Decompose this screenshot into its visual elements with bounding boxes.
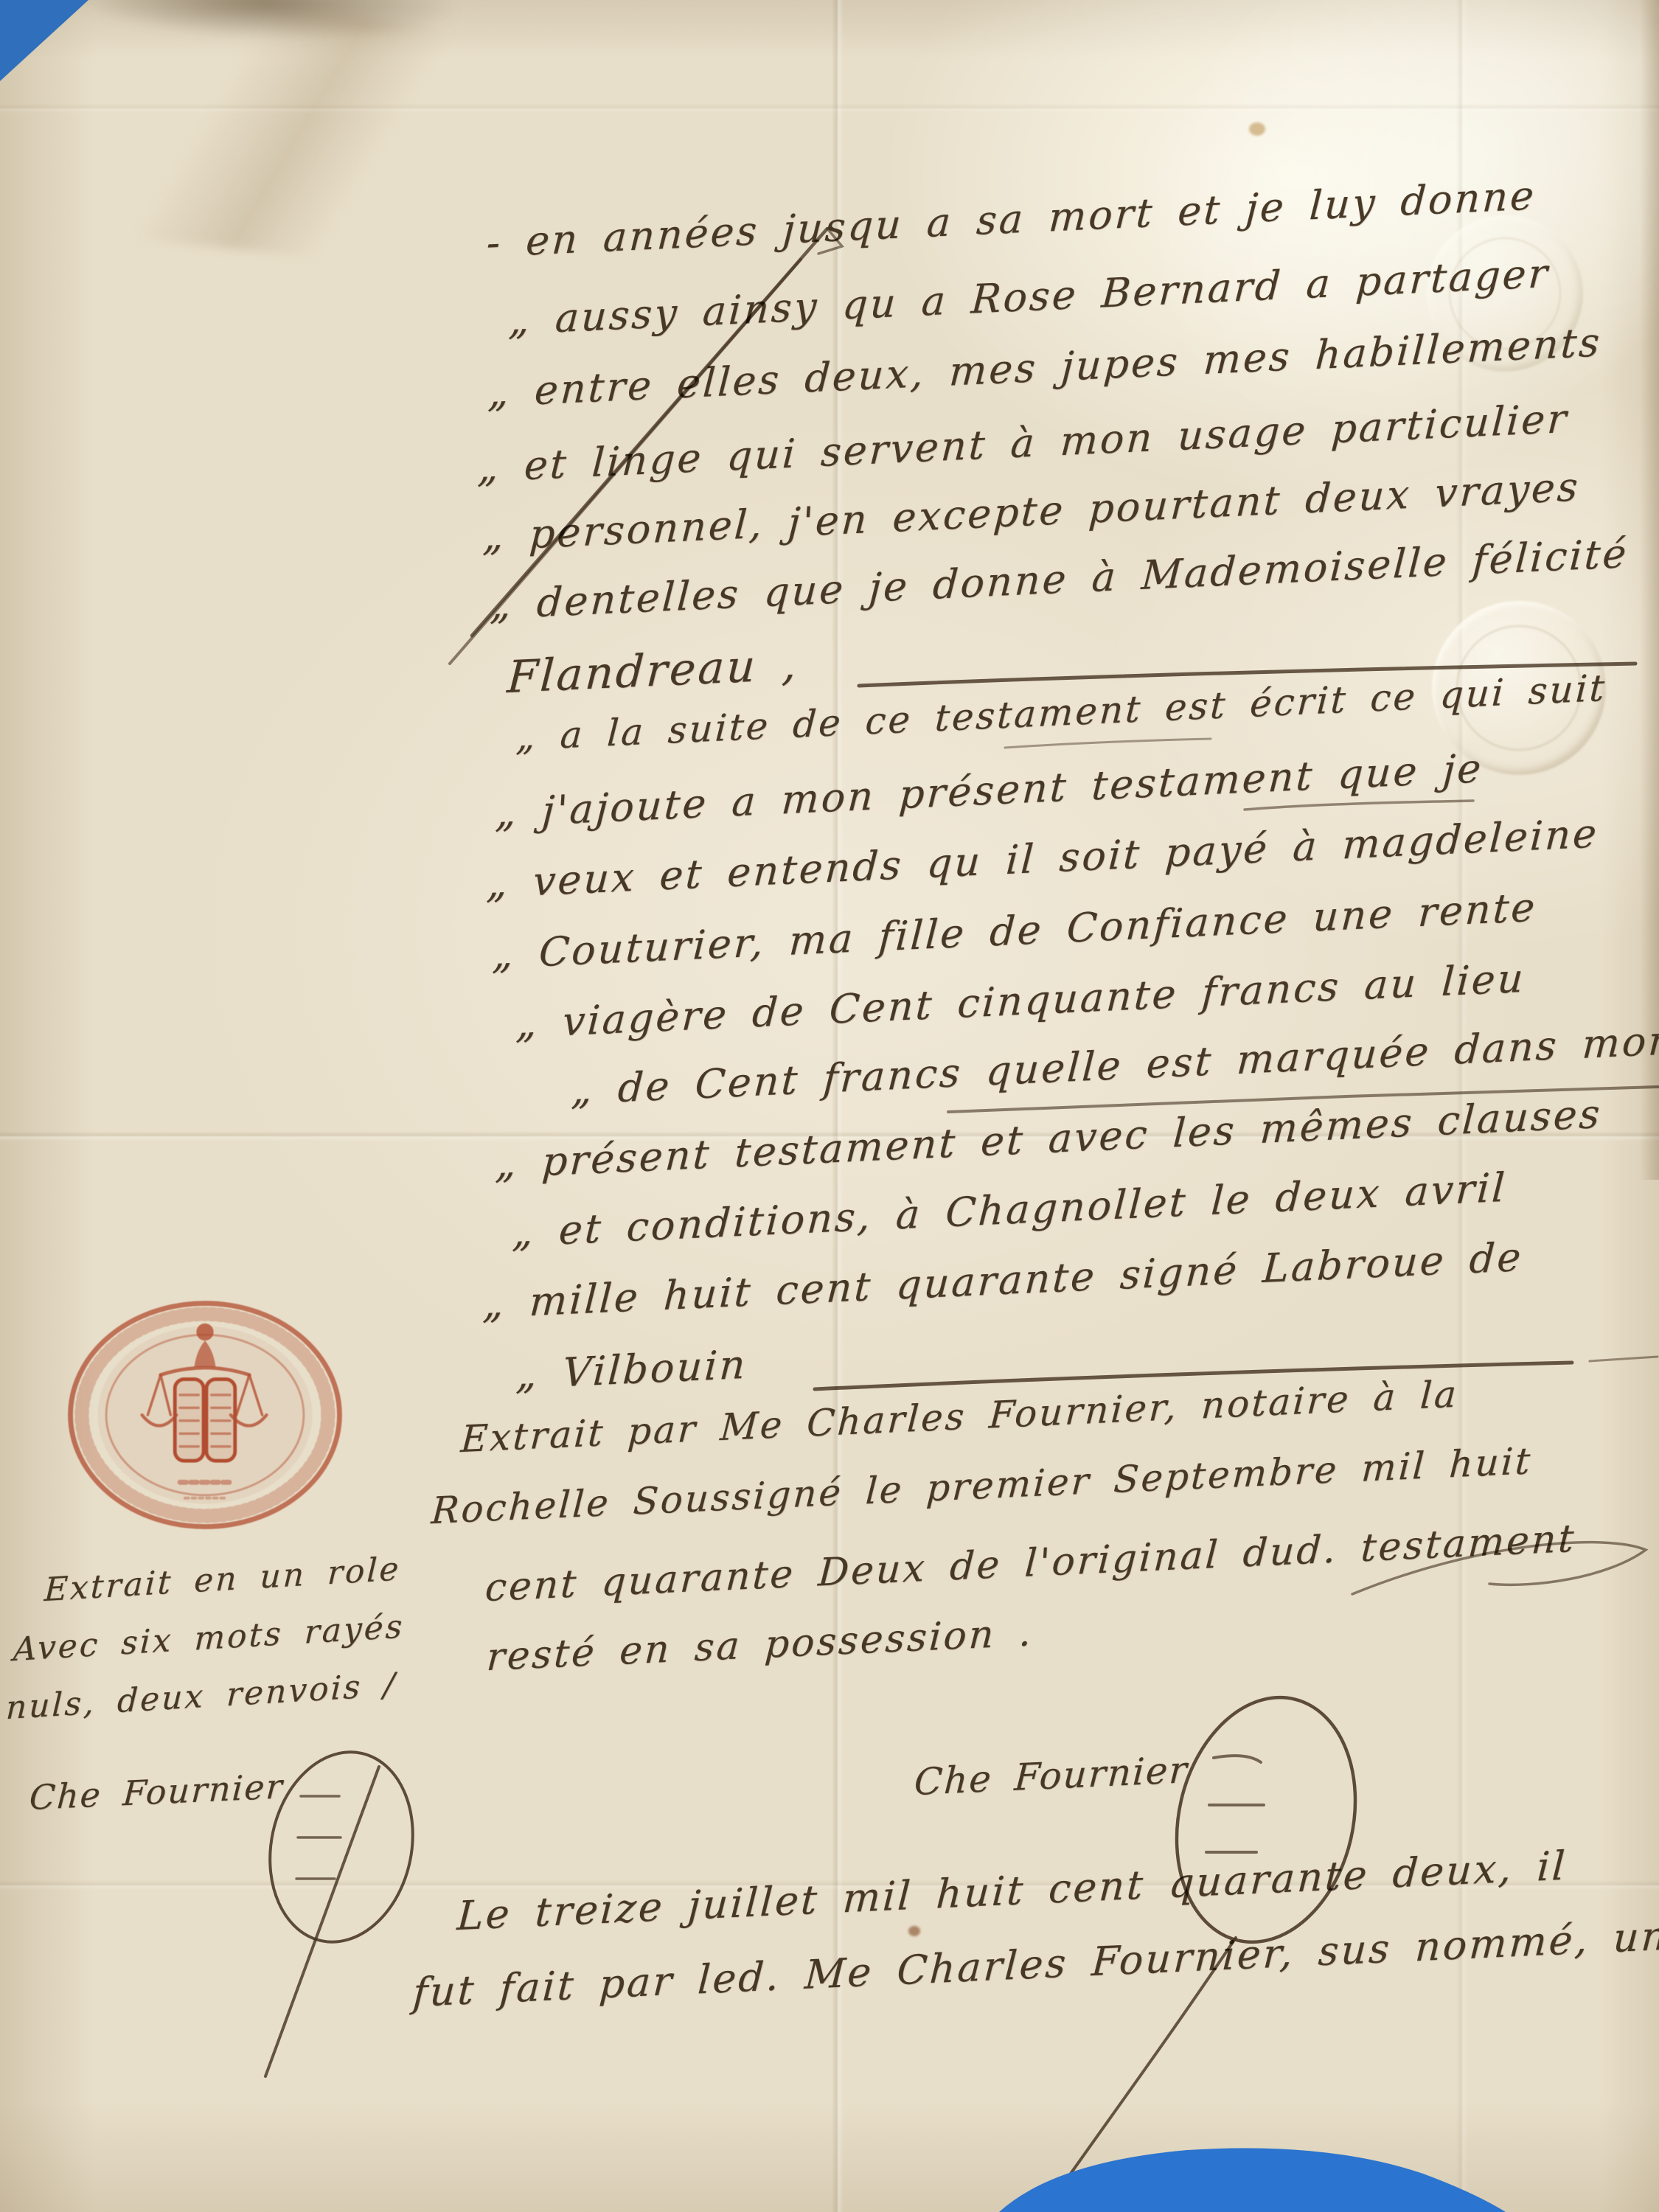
photo-backdrop: - en années jusqu a sa mort et je luy do… bbox=[0, 0, 1659, 2212]
backdrop-bottom-notch bbox=[0, 0, 1659, 2212]
